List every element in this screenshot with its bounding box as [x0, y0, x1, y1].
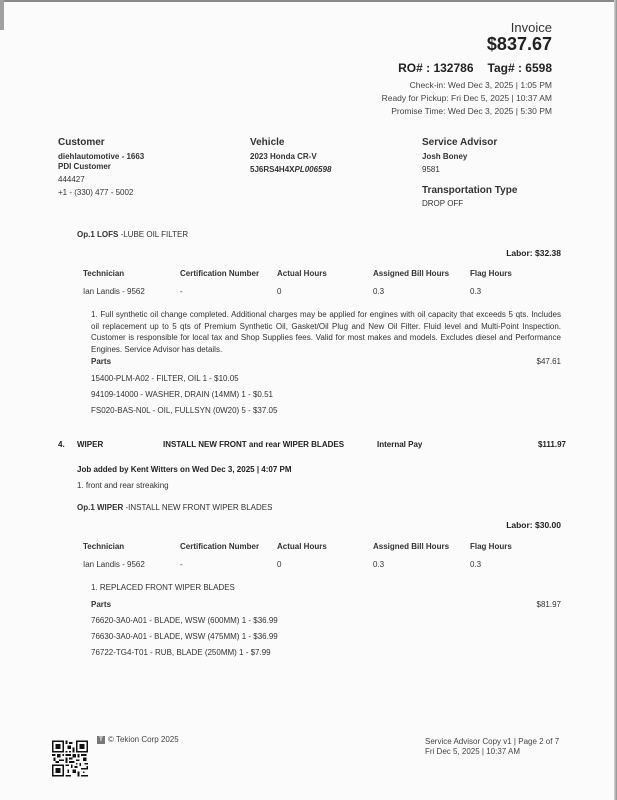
- ro-number: RO# : 132786: [398, 61, 473, 75]
- job4-amount: $111.97: [538, 440, 566, 449]
- op1-assigned: 0.3: [373, 287, 384, 296]
- job4-number: 4.: [58, 440, 65, 449]
- job4-assigned: 0.3: [373, 560, 384, 569]
- op1-labor: Labor: $32.38: [506, 248, 561, 258]
- job4-cert: -: [180, 560, 183, 569]
- page-edge-left: [0, 0, 4, 30]
- job4-description: INSTALL NEW FRONT and rear WIPER BLADES: [163, 440, 344, 449]
- vehicle-model: 2023 Honda CR-V: [250, 152, 317, 161]
- job4-col-actual: Actual Hours: [277, 542, 327, 551]
- op1-desc: -LUBE OIL FILTER: [118, 230, 188, 239]
- op1-col-technician: Technician: [83, 269, 124, 278]
- transport-value: DROP OFF: [422, 199, 463, 208]
- job4-added-by: Job added by Kent Witters on Wed Dec 3, …: [77, 465, 292, 474]
- op1-col-actual: Actual Hours: [277, 269, 327, 278]
- job4-technician: Ian Landis - 9562: [83, 560, 145, 569]
- advisor-heading: Service Advisor: [422, 137, 497, 148]
- op1-note: 1. Full synthetic oil change completed. …: [91, 309, 561, 355]
- job4-pay-type: Internal Pay: [377, 440, 422, 449]
- job4-op-desc: -INSTALL NEW FRONT WIPER BLADES: [123, 503, 272, 512]
- ro-tag-line: RO# : 132786Tag# : 6598: [398, 61, 552, 75]
- job4-part: 76620-3A0-A01 - BLADE, WSW (600MM) 1 - $…: [91, 616, 278, 625]
- vin-suffix: PL006598: [294, 165, 331, 174]
- op1-parts-label: Parts: [91, 357, 111, 366]
- op1-parts-total: $47.61: [537, 357, 561, 366]
- transport-heading: Transportation Type: [422, 185, 517, 196]
- vehicle-heading: Vehicle: [250, 137, 284, 148]
- op1-technician: Ian Landis - 9562: [83, 287, 145, 296]
- copyright-text: © Tekion Corp 2025: [108, 735, 179, 744]
- op1-code: Op.1 LOFS: [77, 230, 118, 239]
- job4-col-assigned: Assigned Bill Hours: [373, 542, 449, 551]
- job4-parts-total: $81.97: [537, 600, 561, 609]
- check-in-time: Check-in: Wed Dec 3, 2025 | 1:05 PM: [410, 80, 552, 90]
- customer-id: 444427: [58, 175, 85, 184]
- customer-heading: Customer: [58, 137, 105, 148]
- job4-col-cert: Certification Number: [180, 542, 259, 551]
- op1-col-assigned: Assigned Bill Hours: [373, 269, 449, 278]
- footer-copy-info: Service Advisor Copy v1 | Page 2 of 7: [425, 737, 559, 746]
- ready-for-pickup-time: Ready for Pickup: Fri Dec 5, 2025 | 10:3…: [382, 93, 552, 103]
- vin-prefix: 5J6RS4H4X: [250, 165, 294, 174]
- qr-code-icon: [52, 740, 88, 777]
- op1-col-flag: Flag Hours: [470, 269, 512, 278]
- job4-col-flag: Flag Hours: [470, 542, 512, 551]
- advisor-name: Josh Boney: [422, 152, 467, 161]
- job4-code: WIPER: [77, 440, 103, 449]
- job4-op-note: 1. REPLACED FRONT WIPER BLADES: [91, 583, 235, 592]
- customer-name: diehlautomotive - 1663: [58, 152, 144, 161]
- footer-copyright: T© Tekion Corp 2025: [97, 735, 179, 744]
- job4-part: 76722-TG4-T01 - RUB, BLADE (250MM) 1 - $…: [91, 648, 271, 657]
- op1-cert: -: [180, 287, 183, 296]
- footer-printed-date: Fri Dec 5, 2025 | 10:37 AM: [425, 747, 520, 756]
- promise-time: Promise Time: Wed Dec 3, 2025 | 5:30 PM: [391, 106, 552, 116]
- op1-part: FS020-BAS-N0L - OIL, FULLSYN (0W20) 5 - …: [91, 406, 277, 415]
- op1-part: 94109-14000 - WASHER, DRAIN (14MM) 1 - $…: [91, 390, 273, 399]
- job4-op-code: Op.1 WIPER: [77, 503, 123, 512]
- job4-parts-label: Parts: [91, 600, 111, 609]
- job4-actual: 0: [277, 560, 281, 569]
- op1-part: 15400-PLM-A02 - FILTER, OIL 1 - $10.05: [91, 374, 239, 383]
- job4-op-title: Op.1 WIPER -INSTALL NEW FRONT WIPER BLAD…: [77, 503, 272, 512]
- job4-col-technician: Technician: [83, 542, 124, 551]
- advisor-id: 9581: [422, 165, 440, 174]
- job4-op-labor: Labor: $30.00: [506, 520, 561, 530]
- invoice-title: Invoice: [511, 20, 552, 35]
- customer-phone: +1 - (330) 477 - 5002: [58, 188, 133, 197]
- op1-title: Op.1 LOFS -LUBE OIL FILTER: [77, 230, 188, 239]
- job4-part: 76630-3A0-A01 - BLADE, WSW (475MM) 1 - $…: [91, 632, 278, 641]
- op1-flag: 0.3: [470, 287, 481, 296]
- op1-col-cert: Certification Number: [180, 269, 259, 278]
- vehicle-vin: 5J6RS4H4XPL006598: [250, 165, 331, 174]
- tag-number: Tag# : 6598: [488, 61, 552, 75]
- page-edge-top: [0, 0, 617, 2]
- invoice-total: $837.67: [487, 34, 552, 55]
- job4-flag: 0.3: [470, 560, 481, 569]
- job4-complaint: 1. front and rear streaking: [77, 481, 169, 490]
- customer-type: PDI Customer: [58, 162, 111, 171]
- tekion-logo-icon: T: [97, 736, 105, 744]
- op1-actual: 0: [277, 287, 281, 296]
